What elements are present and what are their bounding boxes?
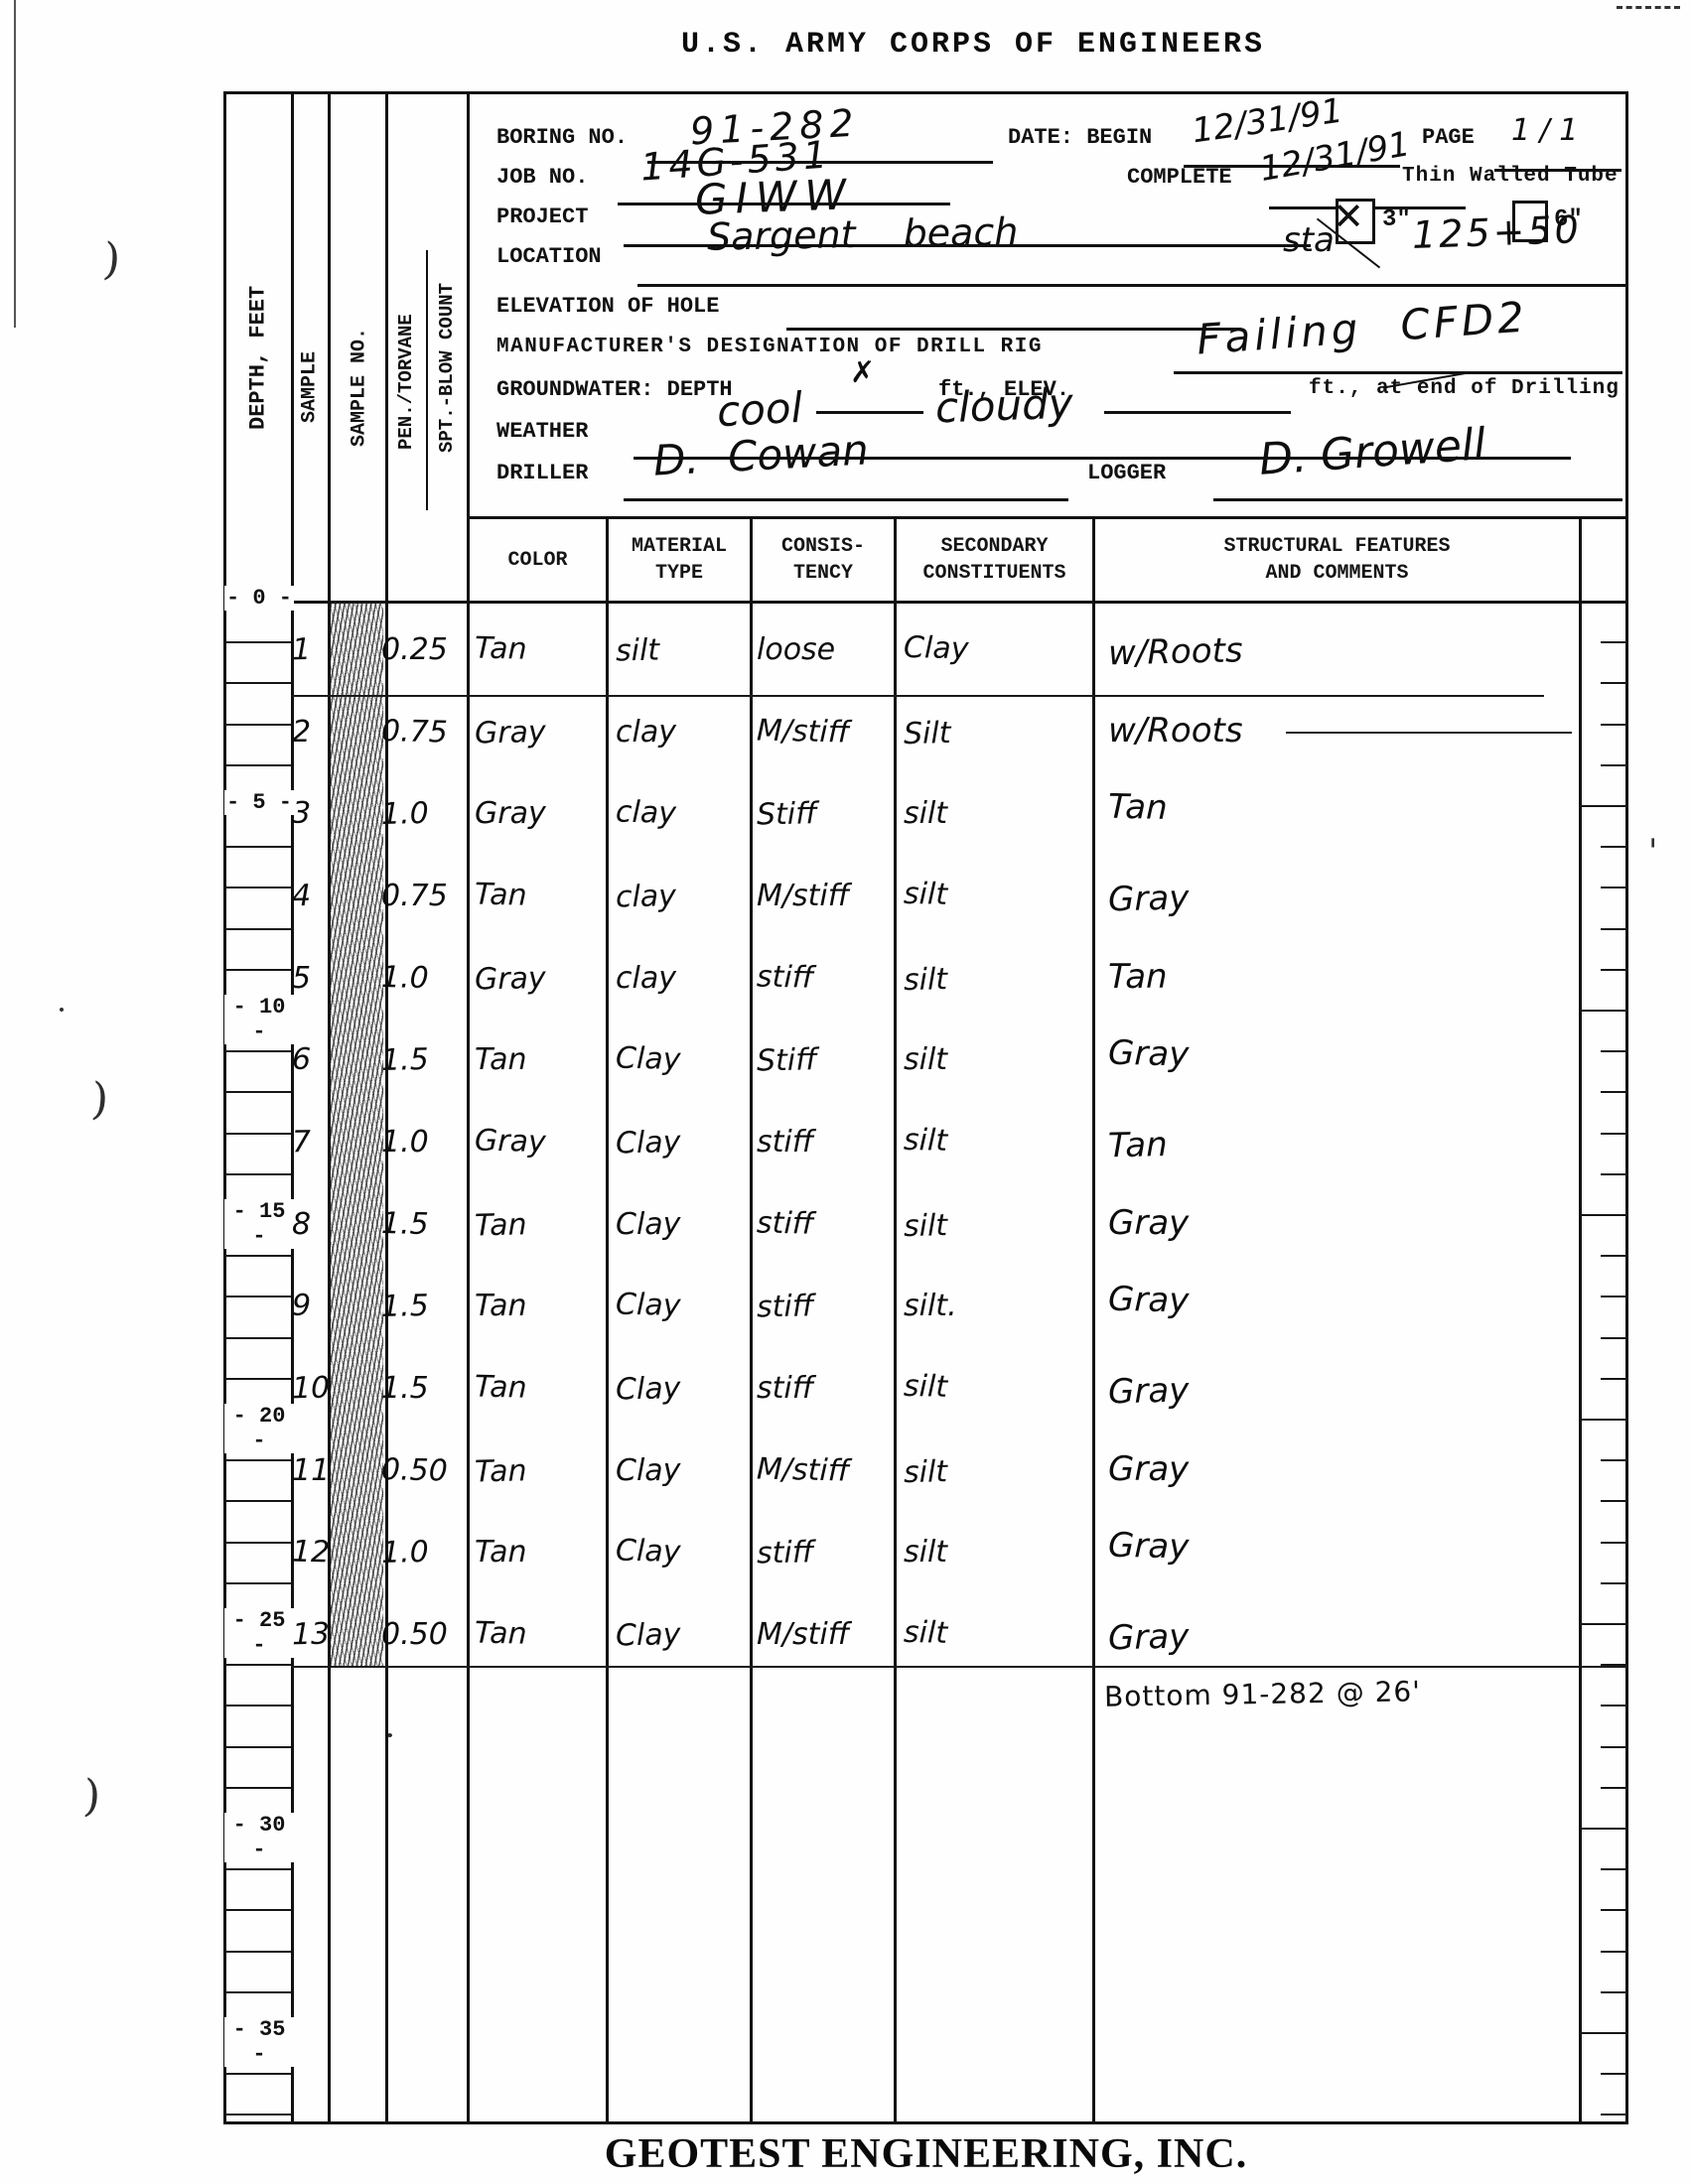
row-6-comments: Gray xyxy=(1108,1033,1576,1084)
row-9-no: 9 xyxy=(292,1289,329,1324)
ruler-tick xyxy=(1601,764,1628,766)
row-10-no: 10 xyxy=(292,1371,329,1407)
depth-tick xyxy=(225,1255,291,1257)
row-12-color: Tan xyxy=(475,1535,606,1570)
row-13-color: Tan xyxy=(475,1616,607,1654)
row-1-secondary: Clay xyxy=(904,630,1089,669)
row-6-consistency: Stiff xyxy=(757,1040,893,1078)
ruler-line xyxy=(1579,1419,1628,1421)
location-underline xyxy=(637,284,1626,287)
rig-underline xyxy=(1174,371,1622,374)
row-10-pen: 1.5 xyxy=(381,1371,467,1406)
ruler-tick xyxy=(1601,1868,1628,1870)
row-13-secondary: silt xyxy=(904,1615,1089,1654)
ruler-tick xyxy=(1601,1746,1628,1748)
driller-label: DRILLER xyxy=(496,461,588,485)
depth-tick xyxy=(225,2114,291,2116)
row-5-secondary: silt xyxy=(904,959,1089,998)
column-header-secondary-line2: CONSTITUENTS xyxy=(922,560,1065,587)
depth-tick xyxy=(225,1991,291,1993)
tube-3-check-mark: ✕ xyxy=(1333,195,1364,238)
stratum-line-1 xyxy=(291,695,1544,697)
ruler-tick xyxy=(1601,1787,1628,1789)
column-header-structural-line2: AND COMMENTS xyxy=(1265,560,1408,587)
column-header-material-line2: TYPE xyxy=(655,560,703,587)
row-5-pen: 1.0 xyxy=(381,960,468,997)
row-5-consistency: stiff xyxy=(757,959,893,997)
depth-tick xyxy=(225,1868,291,1870)
row-2-secondary: Silt xyxy=(904,713,1089,751)
job-no-label: JOB NO. xyxy=(496,165,588,190)
row-10-color: Tan xyxy=(475,1370,607,1408)
table-row: 31.0GrayclayStiffsiltTan xyxy=(0,786,1628,844)
column-header-material-line1: MATERIAL xyxy=(632,533,727,560)
ft-end-label: ft., at end of Drilling xyxy=(1309,377,1620,400)
table-row: 101.5TanClaystiffsiltGray xyxy=(0,1361,1628,1419)
row-1-consistency: loose xyxy=(757,632,892,667)
row-1-no: 1 xyxy=(292,632,329,668)
page-value: 1 / 1 xyxy=(1511,113,1578,148)
depth-tick xyxy=(225,1909,291,1911)
row-7-pen: 1.0 xyxy=(381,1125,467,1160)
row-5-color: Gray xyxy=(475,960,607,998)
row-8-comments: Gray xyxy=(1108,1203,1575,1243)
row-8-consistency: stiff xyxy=(757,1205,893,1243)
row-1-comments: w/Roots xyxy=(1108,623,1576,674)
label-sample: SAMPLE xyxy=(294,283,326,491)
row-13-material: Clay xyxy=(616,1616,748,1654)
ruler-line xyxy=(1579,2032,1628,2034)
table-row: 81.5TanClaystiffsiltGray xyxy=(0,1197,1628,1255)
ruler-tick xyxy=(1601,1091,1628,1093)
scan-artifact-top-dashes xyxy=(1617,6,1680,9)
ruler-tick xyxy=(1601,928,1628,930)
column-header-consistency-line2: TENCY xyxy=(793,560,853,587)
column-header-structural-line1: STRUCTURAL FEATURES xyxy=(1223,533,1450,560)
row-7-consistency: stiff xyxy=(757,1125,892,1160)
row-3-secondary: silt xyxy=(904,796,1088,831)
driller-underline xyxy=(624,498,1068,501)
row-5-no: 5 xyxy=(292,961,328,996)
depth-tick xyxy=(225,846,291,848)
row-7-material: Clay xyxy=(616,1124,748,1161)
table-row: 130.50TanClayM/stiffsiltGray xyxy=(0,1607,1628,1665)
row-5-material: clay xyxy=(616,961,747,996)
depth-label-35: 35 xyxy=(224,2017,294,2067)
row-13-no: 13 xyxy=(292,1617,329,1653)
row-6-pen: 1.5 xyxy=(381,1041,468,1078)
row-8-color: Tan xyxy=(475,1206,607,1244)
row-9-color: Tan xyxy=(475,1289,606,1323)
scan-artifact-paren-1: ) xyxy=(101,233,123,285)
depth-tick xyxy=(225,1582,291,1584)
row-2-no: 2 xyxy=(292,715,328,750)
logger-underline xyxy=(1213,498,1622,501)
column-header-consistency: CONSIS- TENCY xyxy=(750,516,897,604)
depth-tick xyxy=(225,764,291,766)
table-row: 40.75TanclayM/stiffsiltGray xyxy=(0,869,1628,926)
column-header-material: MATERIAL TYPE xyxy=(606,516,753,604)
row-2-comments: w/Roots xyxy=(1108,711,1575,751)
depth-tick xyxy=(225,2073,291,2075)
row-3-comments: Tan xyxy=(1108,787,1576,838)
row-3-consistency: Stiff xyxy=(757,794,893,832)
location-label: LOCATION xyxy=(496,244,602,269)
table-row: 20.75GrayclayM/stiffSiltw/Roots xyxy=(0,705,1628,762)
scan-artifact-edge-line xyxy=(14,0,16,328)
row-2-color: Gray xyxy=(475,714,607,751)
row-1-pen: 0.25 xyxy=(381,632,467,667)
row-3-color: Gray xyxy=(475,796,606,831)
row-11-color: Tan xyxy=(475,1452,607,1490)
table-row: 61.5TanClayStiffsiltGray xyxy=(0,1032,1628,1090)
table-row: 121.0TanClaystiffsiltGray xyxy=(0,1525,1628,1582)
row-12-pen: 1.0 xyxy=(381,1534,468,1570)
row-11-pen: 0.50 xyxy=(381,1452,468,1489)
row-10-consistency: stiff xyxy=(757,1371,892,1406)
complete-label: COMPLETE xyxy=(1127,165,1232,190)
row-11-consistency: M/stiff xyxy=(757,1451,893,1489)
depth-tick xyxy=(225,1787,291,1789)
weather-value-2: cloudy xyxy=(934,379,1073,433)
location-station-value: 125+50 xyxy=(1411,207,1582,257)
column-header-color-line1: COLOR xyxy=(507,547,567,574)
row-7-comments: Tan xyxy=(1108,1116,1576,1166)
project-label: PROJECT xyxy=(496,205,588,229)
row-6-no: 6 xyxy=(292,1042,329,1078)
weather-value-1: cool xyxy=(716,383,804,436)
row-10-secondary: silt xyxy=(904,1369,1089,1408)
table-row: 10.25TansiltlooseClayw/Roots xyxy=(0,622,1628,680)
row-3-pen: 1.0 xyxy=(381,795,468,832)
table-row: 51.0GrayclaystiffsiltTan xyxy=(0,951,1628,1009)
groundwater-underline xyxy=(816,411,923,414)
row-1-material: silt xyxy=(616,631,748,669)
row-11-secondary: silt xyxy=(904,1451,1089,1490)
table-row: 110.50TanClayM/stiffsiltGray xyxy=(0,1443,1628,1501)
tube-label: Thin Walled Tube xyxy=(1402,165,1619,188)
weather-label: WEATHER xyxy=(496,419,588,444)
row-9-secondary: silt. xyxy=(904,1289,1088,1323)
row-13-consistency: M/stiff xyxy=(757,1617,892,1652)
depth-zero-line xyxy=(223,601,1628,604)
ruler-tick xyxy=(1601,682,1628,684)
column-header-structural: STRUCTURAL FEATURES AND COMMENTS xyxy=(1092,516,1582,604)
location-value: Sargent beach xyxy=(707,209,1019,258)
table-row: 91.5TanClaystiffsilt.Gray xyxy=(0,1279,1628,1336)
column-header-secondary-line1: SECONDARY xyxy=(940,533,1048,560)
ruler-tick xyxy=(1601,1582,1628,1584)
row-8-secondary: silt xyxy=(904,1205,1089,1244)
boring-no-label: BORING NO. xyxy=(496,125,628,150)
depth-tick xyxy=(225,1746,291,1748)
row-10-material: Clay xyxy=(616,1370,748,1408)
ruler-tick xyxy=(1601,1173,1628,1175)
row-6-secondary: silt xyxy=(904,1042,1088,1077)
ruler-tick xyxy=(1601,846,1628,848)
row-11-comments: Gray xyxy=(1108,1449,1575,1489)
depth-tick xyxy=(225,1337,291,1339)
column-header-color: COLOR xyxy=(467,516,609,604)
company-footer: GEOTEST ENGINEERING, INC. xyxy=(223,2130,1628,2178)
ruler-tick xyxy=(1601,1951,1628,1953)
ruler-tick xyxy=(1601,1705,1628,1706)
row-9-comments: Gray xyxy=(1108,1280,1576,1330)
row-11-no: 11 xyxy=(292,1453,328,1488)
ruler-line xyxy=(1579,1828,1628,1830)
table-row: 71.0GrayClaystiffsiltTan xyxy=(0,1115,1628,1172)
row-8-pen: 1.5 xyxy=(381,1206,468,1243)
row-8-no: 8 xyxy=(292,1207,328,1242)
page-label: PAGE xyxy=(1422,125,1475,150)
row-11-material: Clay xyxy=(616,1453,747,1488)
page-title: U.S. ARMY CORPS OF ENGINEERS xyxy=(288,28,1658,62)
rig-label: MANUFACTURER'S DESIGNATION OF DRILL RIG xyxy=(496,336,1043,358)
row-6-material: Clay xyxy=(616,1041,748,1079)
date-begin-label: DATE: BEGIN xyxy=(1008,125,1152,150)
groundwater-depth-value: ✗ xyxy=(850,355,875,390)
label-sample-no: SAMPLE NO. xyxy=(336,253,383,521)
row-12-secondary: silt xyxy=(904,1535,1088,1570)
row-13-pen: 0.50 xyxy=(381,1617,467,1652)
row-12-consistency: stiff xyxy=(757,1533,893,1570)
row-12-material: Clay xyxy=(616,1534,748,1571)
scan-artifact-quote: ' xyxy=(1648,832,1657,872)
row-4-comments: Gray xyxy=(1108,870,1576,920)
scan-artifact-paren-3: ) xyxy=(81,1770,102,1822)
groundwater-label: GROUNDWATER: DEPTH xyxy=(496,377,733,402)
row-4-material: clay xyxy=(616,878,748,915)
depth-tick xyxy=(225,682,291,684)
row-1-color: Tan xyxy=(475,631,607,669)
row-5-comments: Tan xyxy=(1108,957,1575,997)
pen-spt-divider xyxy=(426,250,428,510)
elev-underline xyxy=(1104,411,1291,414)
row-12-no: 12 xyxy=(292,1535,329,1570)
ruler-line xyxy=(1579,1010,1628,1012)
row-9-pen: 1.5 xyxy=(381,1288,468,1324)
rule-pen-right xyxy=(467,91,470,2124)
ruler-tick xyxy=(1601,2073,1628,2075)
row-4-color: Tan xyxy=(475,878,607,915)
ruler-tick xyxy=(1601,1255,1628,1257)
elevation-underline xyxy=(786,328,1241,331)
row-7-color: Gray xyxy=(475,1124,607,1161)
label-depth-feet: DEPTH, FEET xyxy=(228,199,288,516)
elevation-label: ELEVATION OF HOLE xyxy=(496,294,719,319)
label-pen-torvane: PEN./TORVANE xyxy=(388,258,424,506)
logger-label: LOGGER xyxy=(1087,461,1166,485)
row-2-pen: 0.75 xyxy=(381,714,468,751)
depth-tick xyxy=(225,1091,291,1093)
column-header-secondary: SECONDARY CONSTITUENTS xyxy=(894,516,1095,604)
depth-label-0: 0 xyxy=(224,586,294,611)
depth-tick xyxy=(225,928,291,930)
row-3-material: clay xyxy=(616,795,748,833)
row-7-secondary: silt xyxy=(904,1123,1089,1161)
row-8-material: Clay xyxy=(616,1207,747,1242)
row-12-comments: Gray xyxy=(1108,1526,1576,1576)
ruler-tick xyxy=(1601,1991,1628,1993)
ruler-tick xyxy=(1601,1909,1628,1911)
depth-tick xyxy=(225,1705,291,1706)
label-spt-blow-count: SPT.-BLOW COUNT xyxy=(430,220,464,514)
depth-tick xyxy=(225,1173,291,1175)
row-6-color: Tan xyxy=(475,1042,606,1077)
row-4-no: 4 xyxy=(292,879,329,914)
depth-label-30: 30 xyxy=(224,1813,294,1862)
row-7-no: 7 xyxy=(292,1125,329,1160)
ruler-tick xyxy=(1601,1337,1628,1339)
row-9-material: Clay xyxy=(616,1288,748,1325)
row-2-consistency: M/stiff xyxy=(757,713,893,751)
row-10-comments: Gray xyxy=(1108,1362,1576,1413)
row-9-consistency: stiff xyxy=(757,1287,893,1324)
boring-bottom-line xyxy=(291,1666,1628,1668)
row-3-no: 3 xyxy=(292,796,329,832)
row-4-consistency: M/stiff xyxy=(757,879,892,913)
ruler-tick xyxy=(1601,2114,1628,2116)
row-13-comments: Gray xyxy=(1108,1608,1576,1659)
tube-3-label: 3" xyxy=(1382,206,1411,233)
bottom-note: Bottom 91-282 @ 26' xyxy=(1104,1675,1421,1713)
boring-log-page: ) ) ) ' U.S. ARMY CORPS OF ENGINEERS DEP… xyxy=(0,0,1692,2184)
column-header-consistency-line1: CONSIS- xyxy=(781,533,865,560)
row-2-material: clay xyxy=(616,715,747,750)
location-sta-value: sta xyxy=(1283,220,1335,260)
row-4-secondary: silt xyxy=(904,877,1089,915)
depth-tick xyxy=(225,1951,291,1953)
row-4-pen: 0.75 xyxy=(381,879,467,913)
